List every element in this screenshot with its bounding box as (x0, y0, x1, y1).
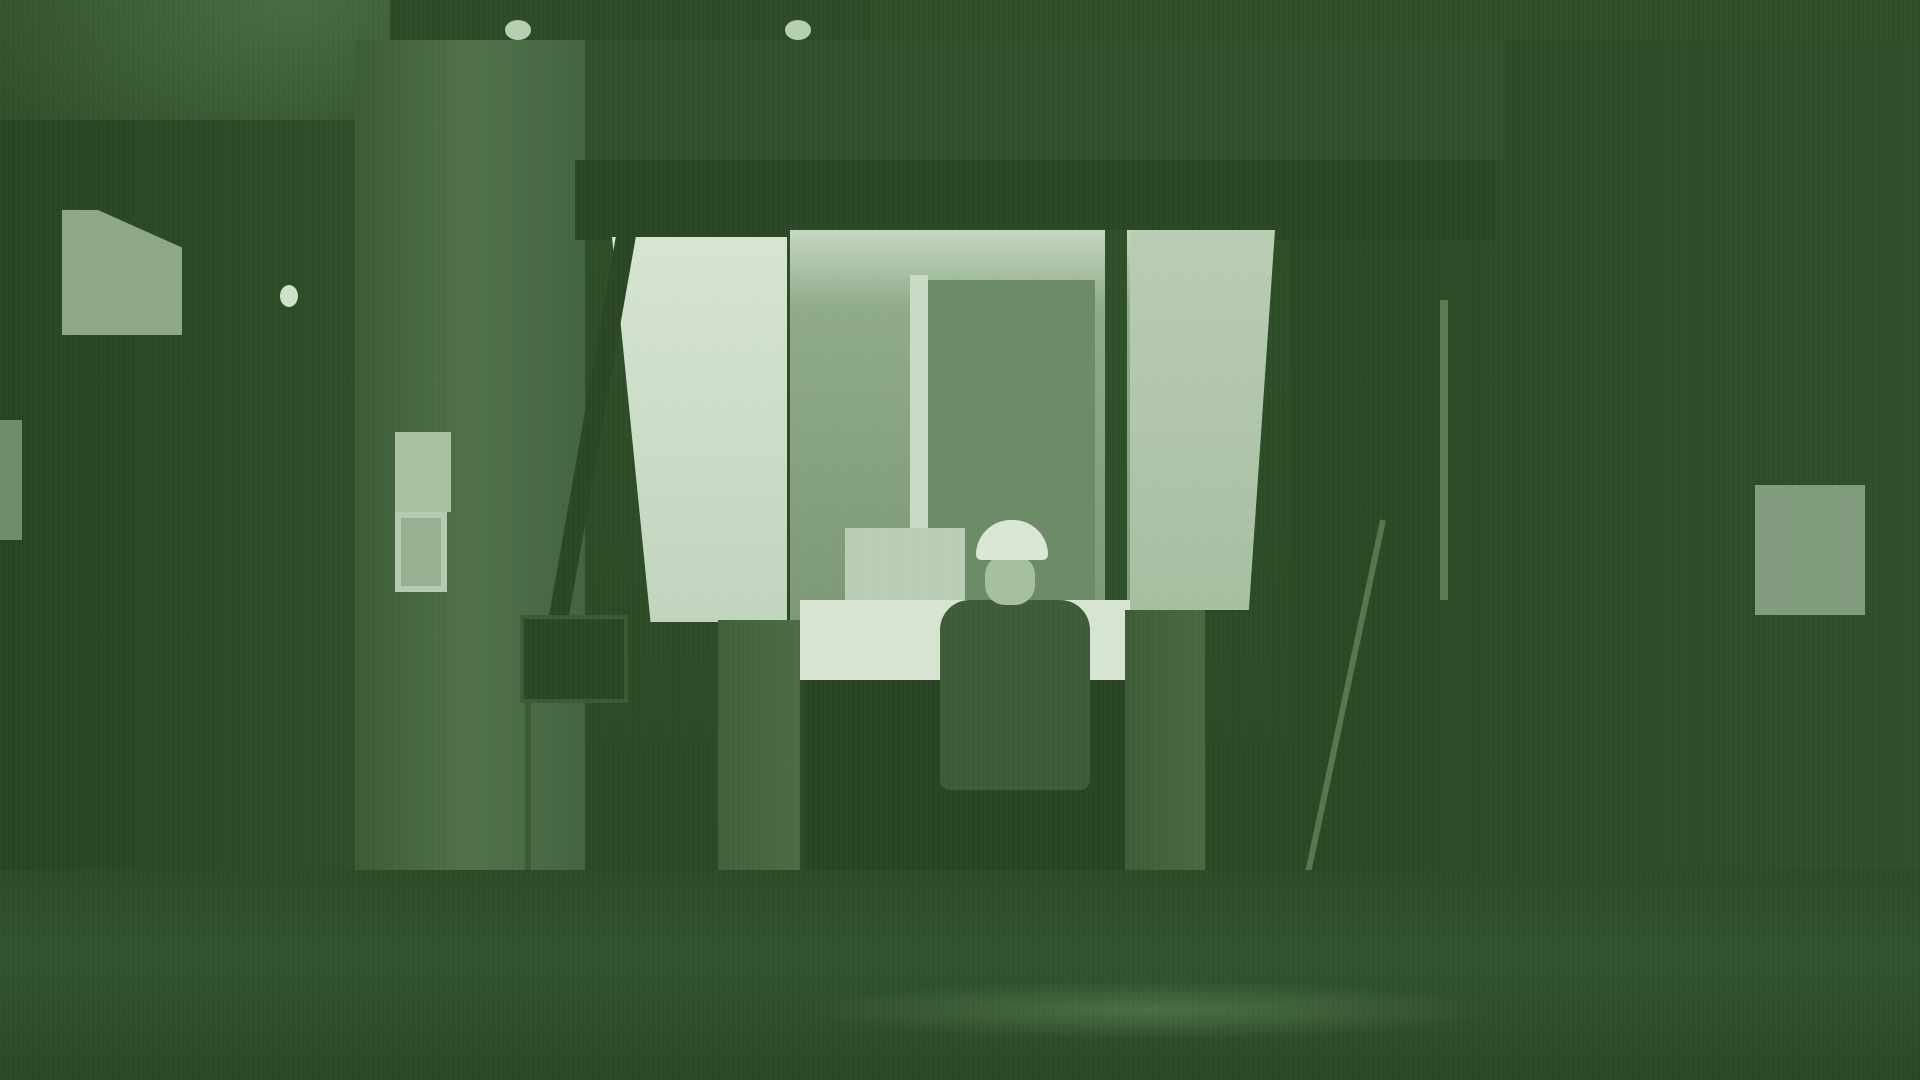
floor (0, 870, 1920, 1080)
ceiling-light (505, 20, 531, 40)
left-light-strip (0, 420, 22, 540)
wall-poster (395, 432, 451, 512)
worker-face (985, 555, 1035, 605)
right-window (1755, 485, 1865, 615)
booth-window-right (1130, 230, 1275, 610)
ceiling-light (785, 20, 811, 40)
upper-wall (585, 40, 1505, 160)
booth-roof (575, 160, 1495, 240)
briefcase (845, 528, 965, 603)
lamp (280, 285, 298, 307)
photo-scene (0, 0, 1920, 1080)
booth-window-left (612, 237, 787, 622)
concrete-wall (355, 40, 585, 870)
floor-light-spill (800, 980, 1500, 1040)
left-bay (0, 120, 360, 880)
wall-poster (395, 512, 447, 592)
cart (520, 615, 628, 703)
pole (1440, 300, 1448, 600)
worker-body (940, 600, 1090, 790)
